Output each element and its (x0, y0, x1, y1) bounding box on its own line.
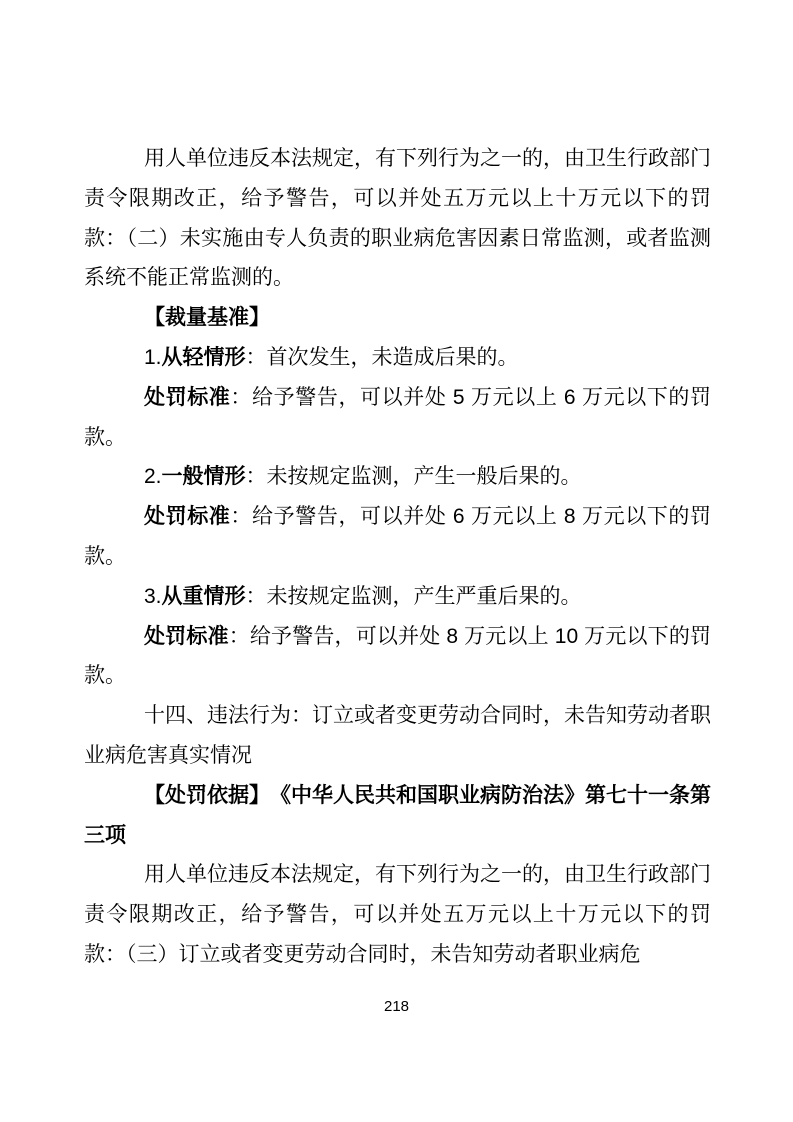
text-run: 用人单位违反本法规定，有下列行为之一的，由卫生行政部门责令限期改正，给予警告，可… (84, 863, 711, 966)
text-run: ：未按规定监测，产生一般后果的。 (246, 465, 582, 488)
bold-text-run: 处罚标准 (144, 625, 229, 648)
paragraph: 十四、违法行为：订立或者变更劳动合同时，未告知劳动者职业病危害真实情况 (84, 696, 711, 776)
bold-text-run: 一般情形 (162, 465, 246, 488)
text-run: 1. (144, 346, 162, 369)
paragraph: 3.从重情形：未按规定监测，产生严重后果的。 (84, 577, 711, 617)
text-run: 3. (144, 585, 162, 608)
text-run: 2. (144, 465, 162, 488)
paragraph: 处罚标准：给予警告，可以并处 5 万元以上 6 万元以下的罚款。 (84, 378, 711, 458)
paragraph: 1.从轻情形：首次发生，未造成后果的。 (84, 338, 711, 378)
bold-text-run: 【处罚依据】 《中华人民共和国职业病防治法》第七十一条第三项 (84, 784, 711, 847)
paragraph: 用人单位违反本法规定，有下列行为之一的，由卫生行政部门责令限期改正，给予警告，可… (84, 139, 711, 298)
text-run: 十四、违法行为：订立或者变更劳动合同时，未告知劳动者职业病危害真实情况 (84, 704, 711, 767)
paragraph: 2.一般情形：未按规定监测，产生一般后果的。 (84, 457, 711, 497)
bold-text-run: 【裁量基准】 (144, 306, 270, 329)
text-run: ：首次发生，未造成后果的。 (246, 346, 519, 369)
paragraph: 处罚标准：给予警告，可以并处 6 万元以上 8 万元以下的罚款。 (84, 497, 711, 577)
bold-text-run: 从轻情形 (162, 346, 246, 369)
bold-text-run: 处罚标准 (144, 386, 230, 409)
bold-text-run: 处罚标准 (144, 505, 230, 528)
paragraph: 【处罚依据】 《中华人民共和国职业病防治法》第七十一条第三项 (84, 776, 711, 856)
document-page: 用人单位违反本法规定，有下列行为之一的，由卫生行政部门责令限期改正，给予警告，可… (0, 0, 793, 1122)
text-run: ：未按规定监测，产生严重后果的。 (246, 585, 582, 608)
bold-text-run: 从重情形 (162, 585, 246, 608)
paragraph: 处罚标准：给予警告，可以并处 8 万元以上 10 万元以下的罚款。 (84, 617, 711, 697)
page-number: 218 (0, 998, 793, 1016)
paragraph: 【裁量基准】 (84, 298, 711, 338)
paragraph: 用人单位违反本法规定，有下列行为之一的，由卫生行政部门责令限期改正，给予警告，可… (84, 855, 711, 974)
text-run: 用人单位违反本法规定，有下列行为之一的，由卫生行政部门责令限期改正，给予警告，可… (84, 147, 711, 289)
document-body: 用人单位违反本法规定，有下列行为之一的，由卫生行政部门责令限期改正，给予警告，可… (84, 139, 711, 975)
